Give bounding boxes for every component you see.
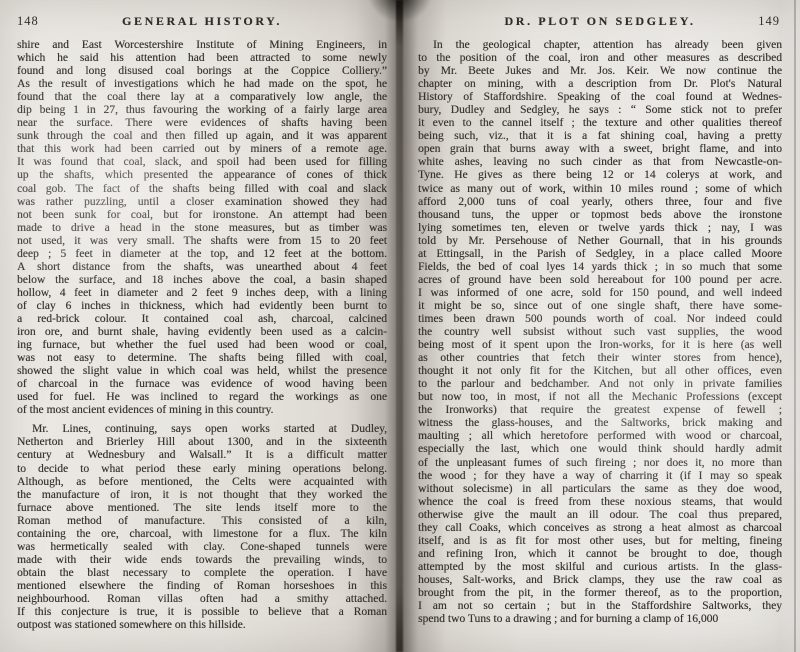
text-line: spend two Tuns to a drawing ; and for bu…: [418, 613, 782, 626]
text-line: was not easy to determine. The shafts be…: [17, 352, 387, 365]
paragraph: Mr. Lines, continuing, says open works s…: [17, 423, 387, 632]
text-line: acres of ground have been sold hereabout…: [418, 274, 782, 287]
text-line: white ashes, leaving no such cinder as t…: [418, 156, 782, 169]
text-line: used for fuel. He was inclined to regard…: [17, 391, 387, 404]
text-line: lying sometimes ten, eleven or twelve ya…: [418, 222, 782, 235]
text-line: witness the glass-houses, and the Saltwo…: [418, 417, 782, 430]
text-line: the country well subsist without such va…: [418, 326, 782, 339]
text-line: open grain that burns away with a sweet,…: [418, 143, 782, 156]
text-line: but now too, in most, if not all the Mec…: [418, 391, 782, 404]
book-spread: 148 GENERAL HISTORY. shire and East Worc…: [0, 0, 800, 652]
left-page-number: 148: [17, 14, 39, 29]
text-line: being most of it spent upon the Iron-wor…: [418, 339, 782, 352]
text-line: not used, it was very small. The shafts …: [17, 235, 387, 248]
text-line: which he said his attention had been att…: [17, 52, 387, 65]
text-line: iron ore, and burnt shale, having eviden…: [17, 326, 387, 339]
text-line: attempted by the most skilful and curiou…: [418, 561, 782, 574]
text-line: to the position of the coal, iron and ot…: [418, 52, 782, 65]
right-page: 149 DR. PLOT ON SEDGLEY. In the geologic…: [400, 0, 800, 652]
text-line: furnace above mentioned. The site lends …: [17, 502, 387, 515]
text-line: not been sunk for coal, but for ironston…: [17, 209, 387, 222]
text-line: by Mr. Beete Jukes and Mr. Jos. Keir. We…: [418, 65, 782, 78]
text-line: especially the last, which one would thi…: [418, 443, 782, 456]
text-line: chapter on mining, with a description fr…: [418, 78, 782, 91]
text-line: houses, Salt-works, and Brick clamps, th…: [418, 574, 782, 587]
text-line: a red-brick colour. It contained coal as…: [17, 313, 387, 326]
text-line: at Ettingsall, in the Parish of Sedgley,…: [418, 248, 782, 261]
text-line: coal gob. The fact of the shafts being f…: [17, 183, 387, 196]
text-line: and refining Iron, which it cannot be br…: [418, 548, 782, 561]
right-page-text: In the geological chapter, attention has…: [418, 39, 782, 626]
right-page-number: 149: [758, 14, 780, 29]
text-line: found that the coal there lay at a compa…: [17, 91, 387, 104]
text-line: Tyne. He gives as there being 12 or 14 c…: [418, 169, 782, 182]
text-line: twice as many out of work, within 10 mil…: [418, 183, 782, 196]
text-line: afford 2,000 tuns of coal yearly, others…: [418, 196, 782, 209]
text-line: found and long disused coal borings at t…: [17, 65, 387, 78]
text-line: outpost was stationed somewhere on this …: [17, 619, 387, 632]
text-line: was rather puzzling, until a closer exam…: [17, 196, 387, 209]
text-line: dip being 1 in 27, thus favouring the wo…: [17, 104, 387, 117]
text-line: the manufacture of iron, it is not thoug…: [17, 489, 387, 502]
text-line: as other countries that fetch their wint…: [418, 352, 782, 365]
text-line: obtain the blast necessary to complete t…: [17, 567, 387, 580]
text-line: mentioned elsewhere the finding of Roman…: [17, 580, 387, 593]
text-line: As the result of investigations which he…: [17, 78, 387, 91]
text-line: being such, viz., that it is a fat shini…: [418, 130, 782, 143]
text-line: made to drive a head in the stone measur…: [17, 222, 387, 235]
left-page-text: shire and East Worcestershire Institute …: [17, 39, 387, 632]
text-line: Roman method of manufacture. This consis…: [17, 515, 387, 528]
text-line: times been drawn 500 pounds worth of coa…: [418, 313, 782, 326]
text-line: hollow, 4 feet in diameter and 2 feet 9 …: [17, 287, 387, 300]
left-running-header: GENERAL HISTORY.: [17, 14, 387, 29]
text-line: thousand tuns, the upper or topmost beds…: [418, 209, 782, 222]
text-line: showed the slight value in which coal wa…: [17, 365, 387, 378]
text-line: Netherton and Brierley Hill about 1300, …: [17, 436, 387, 449]
text-line: they call Coaks, which conceives as stro…: [418, 522, 782, 535]
text-line: containing the ore, charcoal, with limes…: [17, 528, 387, 541]
text-line: it even to the cannel itself ; the textu…: [418, 117, 782, 130]
text-line: up the shafts, which presented the appea…: [17, 169, 387, 182]
text-line: was hermetically sealed with clay. Cone-…: [17, 541, 387, 554]
text-line: whence the coal is freed from these noxi…: [418, 496, 782, 509]
text-line: that this work had been carried out by m…: [17, 143, 387, 156]
text-line: bury, Dudley and Sedgley, he says : “ So…: [418, 104, 782, 117]
text-line: it might be so, since out of one single …: [418, 300, 782, 313]
text-line: to decide to what period these early min…: [17, 463, 387, 476]
text-line: of the most ancient evidences of mining …: [17, 404, 387, 417]
text-line: to the parlour and bedchamber. And not o…: [418, 378, 782, 391]
text-line: I was informed of one acre, sold for 150…: [418, 287, 782, 300]
text-line: without solecisme) in all particulars th…: [418, 483, 782, 496]
text-line: sunk through the coal and then filled up…: [17, 130, 387, 143]
text-line: neighbourhood. Roman villas often had a …: [17, 593, 387, 606]
text-line: century at Wednesbury and Walsall.” It i…: [17, 449, 387, 462]
left-page-header: 148 GENERAL HISTORY.: [17, 14, 387, 28]
text-line: of charcoal in the furnace was evidence …: [17, 378, 387, 391]
text-line: otherwise give the mault an ill odour. T…: [418, 509, 782, 522]
text-line: Mr. Lines, continuing, says open works s…: [17, 423, 387, 436]
text-line: made with their wide ends towards the pr…: [17, 554, 387, 567]
text-line: below the surface, and 18 inches above t…: [17, 274, 387, 287]
text-line: maulting ; all which heretofore performe…: [418, 430, 782, 443]
text-line: told by Mr. Persehouse of Nether Gournal…: [418, 235, 782, 248]
paragraph: shire and East Worcestershire Institute …: [17, 39, 387, 417]
text-line: thought it not only fit for the Kitchen,…: [418, 365, 782, 378]
text-line: It was found that coal, slack, and spoil…: [17, 156, 387, 169]
text-line: deep ; 5 feet in diameter at the top, an…: [17, 248, 387, 261]
right-page-header: 149 DR. PLOT ON SEDGLEY.: [418, 14, 782, 28]
text-line: the Ironworks) that require the greatest…: [418, 404, 782, 417]
text-line: of the unpleasant fumes of such fireing …: [418, 457, 782, 470]
text-line: In the geological chapter, attention has…: [418, 39, 782, 52]
paragraph: In the geological chapter, attention has…: [418, 39, 782, 626]
text-line: I am not so certain ; but in the Staffor…: [418, 600, 782, 613]
text-line: ing furnace, but whether the fuel used h…: [17, 339, 387, 352]
text-line: shire and East Worcestershire Institute …: [17, 39, 387, 52]
text-line: If this conjecture is true, it is possib…: [17, 606, 387, 619]
text-line: brought from the pit, in the former ther…: [418, 587, 782, 600]
text-line: the wood ; for they have a way of charri…: [418, 470, 782, 483]
right-running-header: DR. PLOT ON SEDGLEY.: [418, 14, 782, 29]
left-page: 148 GENERAL HISTORY. shire and East Worc…: [0, 0, 400, 652]
text-line: of clay 6 inches in thickness, which had…: [17, 300, 387, 313]
text-line: A short distance from the shafts, was un…: [17, 261, 387, 274]
text-line: Fields, the bed of coal lyes 14 yards th…: [418, 261, 782, 274]
text-line: itself, and is as fit for most other use…: [418, 535, 782, 548]
text-line: Although, as before mentioned, the Celts…: [17, 476, 387, 489]
text-line: History of Staffordshire. Speaking of th…: [418, 91, 782, 104]
text-line: near the surface. There were evidences o…: [17, 117, 387, 130]
